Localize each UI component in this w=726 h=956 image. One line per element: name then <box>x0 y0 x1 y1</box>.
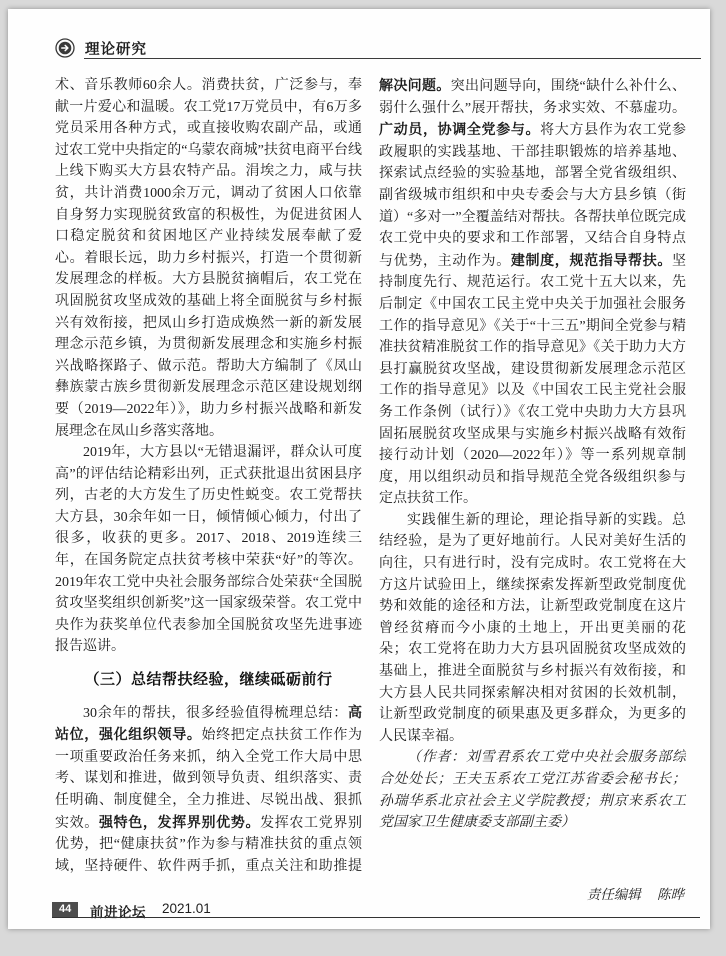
emphasis-phrase: 广动员，协调全党参与。 <box>379 121 540 137</box>
issue-number: 2021.01 <box>162 901 211 916</box>
emphasis-phrase: 建制度，规范指导帮扶。 <box>511 252 672 268</box>
body-paragraph: 实践催生新的理论，理论指导新的实践。总结经验，是为了更好地前行。人民对美好生活的… <box>379 510 686 748</box>
body-paragraph: 解决问题。突出问题导向，围绕“缺什么补什么、弱什么强什么”展开帮扶，务求实效、不… <box>379 75 686 510</box>
journal-page: 理论研究 术、音乐教师60余人。消费扶贫，广泛参与，奉献一片爱心和温暖。农工党1… <box>8 9 710 929</box>
section-label: 理论研究 <box>85 38 147 59</box>
text-segment: 术、音乐教师60余人。消费扶贫，广泛参与，奉献一片爱心和温暖。农工党17万党员中… <box>55 78 362 439</box>
text-segment: 30余年的帮扶，很多经验值得梳理总结： <box>83 706 348 721</box>
journal-name: 前进论坛 <box>90 901 146 921</box>
page-footer: 44 前进论坛 2021.01 <box>52 901 700 921</box>
editor-credit: 责任编辑陈晔 <box>587 883 684 903</box>
left-column: 术、音乐教师60余人。消费扶贫，广泛参与，奉献一片爱心和温暖。农工党17万党员中… <box>55 75 362 875</box>
footer-rule <box>52 917 700 918</box>
section-heading: （三）总结帮扶经验，继续砥砺前行 <box>55 670 362 692</box>
text-segment: （作者：刘雪君系农工党中央社会服务部综合处处长；王夫玉系农工党江苏省委会秘书长；… <box>379 750 686 830</box>
text-segment: 2019年，大方县以“无错退漏评，群众认可度高”的评估结论精彩出列，正式获批退出… <box>55 445 362 654</box>
editor-name: 陈晔 <box>657 887 684 902</box>
emphasis-phrase: 强特色，发挥界别优势。 <box>99 814 260 830</box>
page-header: 理论研究 <box>55 37 701 67</box>
page-number-badge: 44 <box>52 902 78 917</box>
body-paragraph: 术、音乐教师60余人。消费扶贫，广泛参与，奉献一片爱心和温暖。农工党17万党员中… <box>55 75 362 442</box>
body-paragraph: 30余年的帮扶，很多经验值得梳理总结：高站位，强化组织领导。始终把定点扶贫工作作… <box>55 702 362 875</box>
text-segment: 实践催生新的理论，理论指导新的实践。总结经验，是为了更好地前行。人民对美好生活的… <box>379 513 686 744</box>
circle-arrow-right-icon <box>55 38 75 58</box>
editor-credit-label: 责任编辑 <box>587 887 641 902</box>
emphasis-phrase: 解决问题。 <box>379 77 451 93</box>
text-segment: 坚持制度先行、规范运行。农工党十五大以来，先后制定《中国农工民主党中央关于加强社… <box>379 254 686 507</box>
author-note: （作者：刘雪君系农工党中央社会服务部综合处处长；王夫玉系农工党江苏省委会秘书长；… <box>379 747 686 833</box>
body-paragraph: 2019年，大方县以“无错退漏评，群众认可度高”的评估结论精彩出列，正式获批退出… <box>55 442 362 658</box>
header-rule <box>84 58 701 59</box>
right-column: 解决问题。突出问题导向，围绕“缺什么补什么、弱什么强什么”展开帮扶，务求实效、不… <box>379 75 686 875</box>
article-body: 术、音乐教师60余人。消费扶贫，广泛参与，奉献一片爱心和温暖。农工党17万党员中… <box>55 75 686 875</box>
text-segment: 将大方县作为农工党参政履职的实践基地、干部挂职锻炼的培养基地、探索试点经验的实验… <box>379 123 686 269</box>
